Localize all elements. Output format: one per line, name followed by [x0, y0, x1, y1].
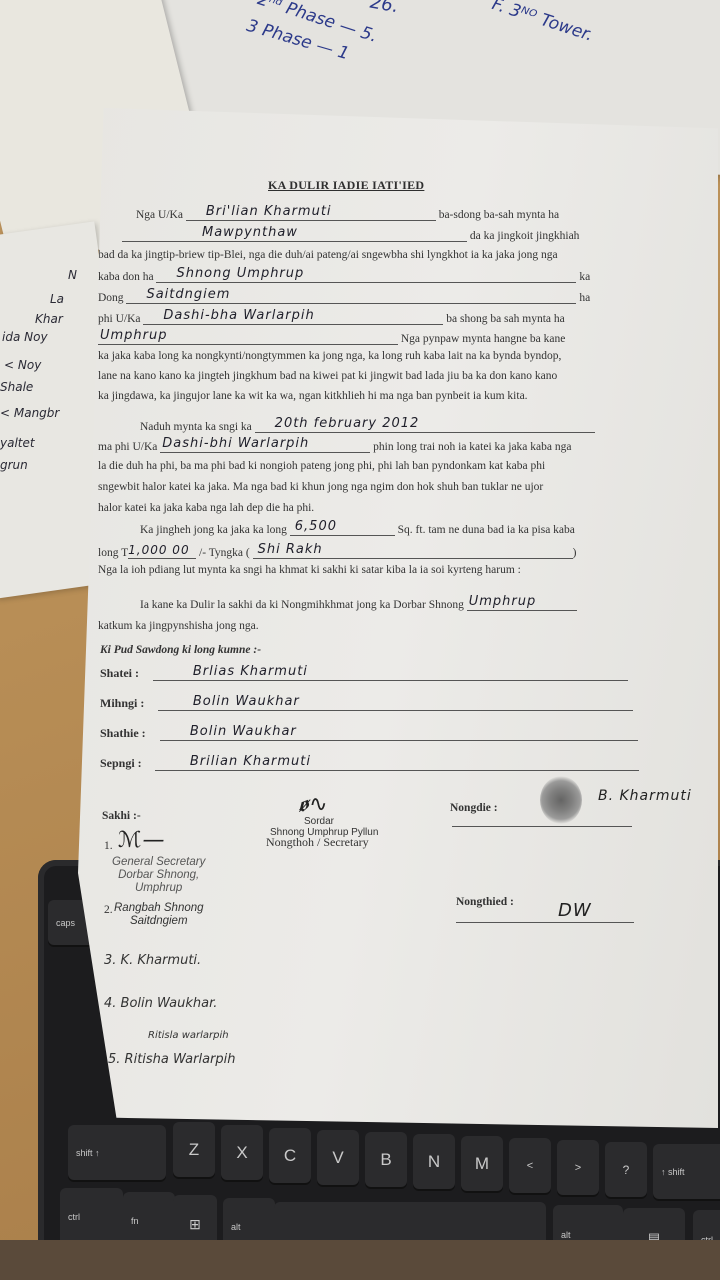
date-prefix: Naduh mynta ka sngi ka [140, 421, 252, 433]
key-label: shift ↑ [76, 1148, 100, 1158]
thumbprint [540, 776, 582, 824]
key-label: ↑ shift [661, 1167, 685, 1177]
village-line: Mawpynthaw da ka jingkoit jingkhiah [122, 227, 579, 242]
amount-line: long T1,000 00 /- Tyngka ( Shi Rakh) [98, 544, 576, 559]
dong-suffix: ha [579, 292, 590, 304]
dong-label: Dong [98, 292, 124, 304]
floor [0, 1240, 720, 1280]
witness-5: 5. Ritisha Warlarpih [108, 1052, 236, 1067]
key-label: B [380, 1150, 391, 1170]
seller-sign-label: Nongdie : [450, 802, 498, 814]
clause-line: lane na kano kano ka jingteh jingkhum ba… [98, 370, 557, 382]
seller-sign-line [452, 826, 632, 827]
key-label: alt [561, 1230, 571, 1240]
witness-number: 5. [108, 1052, 120, 1067]
key-label: > [575, 1162, 581, 1174]
amount-value: 1,000 00 [128, 543, 189, 557]
seller-village: Mawpynthaw [202, 225, 298, 240]
dong-line: Dong Saitdngiem ha [98, 289, 590, 304]
boundary-value: Bolin Waukhar [190, 724, 297, 739]
buyer-sign-line [456, 922, 634, 923]
dong-value: Saitdngiem [146, 287, 230, 302]
key-v: V [317, 1130, 359, 1185]
new-owner-prefix: ma phi U/Ka [98, 441, 157, 453]
buyer-signature: DW [558, 900, 592, 921]
left-note: grun [0, 458, 28, 472]
shnong-field: Shnong Umphrup [156, 268, 576, 283]
key-label: < [527, 1160, 533, 1172]
boundary-label: Sepngi : [100, 756, 152, 771]
village-suffix: da ka jingkoit jingkhiah [470, 230, 580, 242]
buyer-prefix: phi U/Ka [98, 313, 140, 325]
sale-deed-document: KA DULIR IADIE IATI'IED Nga U/Ka Bri'lia… [78, 108, 718, 1128]
key-slash: ? [605, 1142, 647, 1197]
left-note: < Noy [4, 358, 41, 372]
clause-line: ka jingdawa, ka jingujor lane ka wit ka … [98, 390, 528, 402]
clause-line: la die duh ha phi, ba ma phi bad ki nong… [98, 460, 545, 472]
buyer-village-suffix: Nga pynpaw mynta hangne ba kane [401, 333, 565, 345]
witnesses-label: Sakhi :- [102, 810, 141, 822]
buyer-village: Umphrup [100, 328, 168, 343]
buyer-name: Dashi-bha Warlarpih [163, 308, 314, 323]
key-shift-left: shift ↑ [68, 1125, 166, 1180]
seller-name: Bri'lian Kharmuti [206, 204, 332, 219]
windows-icon: ⊞ [189, 1216, 201, 1233]
location-suffix: ka [579, 271, 590, 283]
left-note: < Mangbr [0, 406, 59, 420]
buyer-line: phi U/Ka Dashi-bha Warlarpih ba shong ba… [98, 310, 565, 325]
boundary-row-north: Shatei : Brlias Kharmuti [100, 666, 628, 681]
witness-3-name: K. Kharmuti. [121, 953, 202, 968]
boundary-field: Bolin Waukhar [158, 696, 633, 711]
witness-1-stamp: General Secretary Dorbar Shnong, Umphrup [112, 856, 205, 895]
witness-number: 3. [104, 953, 116, 968]
location-prefix: kaba don ha [98, 271, 154, 283]
new-owner-name: Dashi-bhi Warlarpih [162, 436, 309, 451]
seller-line: Nga U/Ka Bri'lian Kharmuti ba-sdong ba-s… [136, 206, 559, 221]
key-ctrl-left: ctrl [60, 1188, 123, 1246]
key-label: alt [231, 1222, 241, 1232]
left-note: Shale [0, 380, 33, 394]
new-owner-line: ma phi U/Ka Dashi-bhi Warlarpih phin lon… [98, 438, 571, 453]
amount-words-field: Shi Rakh [253, 544, 573, 559]
buyer-village-line: Umphrup Nga pynpaw mynta hangne ba kane [98, 330, 565, 345]
buyer-village-field: Umphrup [98, 330, 398, 345]
sordar-signature: ꬾ∿ [298, 788, 329, 818]
witness-2-stamp: Rangbah Shnong Saitdngiem [114, 902, 204, 928]
boundary-value: Brlias Kharmuti [193, 664, 308, 679]
amount-field: 1,000 00 [128, 544, 196, 559]
amount-mid: /- Tyngka ( [199, 547, 250, 559]
amount-prefix: long T [98, 547, 128, 559]
area-field: 6,500 [290, 521, 395, 536]
boundaries-heading: Ki Pud Sawdong ki long kumne :- [100, 644, 261, 656]
date-field: 20th february 2012 [255, 418, 595, 433]
area-value: 6,500 [295, 519, 337, 534]
boundary-row-east: Mihngi : Bolin Waukhar [100, 696, 633, 711]
key-c: C [269, 1128, 311, 1183]
clause-line: Nga la ioh pdiang lut mynta ka sngi ha k… [98, 564, 521, 576]
boundary-field: Brilian Kharmuti [155, 756, 639, 771]
key-comma: < [509, 1138, 551, 1193]
boundary-field: Bolin Waukhar [160, 726, 638, 741]
seller-name-field: Bri'lian Kharmuti [186, 206, 436, 221]
document-title: KA DULIR IADIE IATI'IED [268, 178, 424, 193]
key-period: > [557, 1140, 599, 1195]
seller-signature: B. Kharmuti [598, 788, 692, 804]
amount-suffix: ) [573, 547, 577, 559]
buyer-residence-text: ba shong ba sah mynta ha [446, 313, 565, 325]
key-label: X [236, 1143, 247, 1163]
area-prefix: Ka jingheh jong ka jaka ka long [140, 524, 287, 536]
area-suffix: Sq. ft. tam ne duna bad ia ka pisa kaba [398, 524, 575, 536]
key-label: N [428, 1152, 440, 1172]
witness-number: 2. [104, 904, 113, 916]
area-line: Ka jingheh jong ka jaka ka long 6,500 Sq… [140, 521, 575, 536]
dong-field: Saitdngiem [126, 289, 576, 304]
key-z: Z [173, 1122, 215, 1177]
witness-5-name: Ritisha Warlarpih [125, 1052, 236, 1067]
boundary-row-south: Shathie : Bolin Waukhar [100, 726, 638, 741]
witness-5-signature: Ritisla warlarpih [148, 1030, 229, 1041]
declaration-line: bad da ka jingtip-briew tip-Blei, nga di… [98, 249, 558, 261]
shnong-value: Shnong Umphrup [176, 266, 304, 281]
new-owner-suffix: phin long trai noh ia katei ka jaka kaba… [373, 441, 571, 453]
dorbar-shnong-value: Umphrup [469, 594, 537, 609]
key-label: ctrl [68, 1212, 80, 1222]
village-field: Mawpynthaw [122, 227, 467, 242]
buyer-sign-label: Nongthied : [456, 896, 514, 908]
witness-number: 4. [104, 996, 116, 1011]
clause-line: ka jaka kaba long ka nongkynti/nongtymme… [98, 350, 561, 362]
left-note: N [68, 268, 77, 282]
location-line: kaba don ha Shnong Umphrup ka [98, 268, 590, 283]
key-label: M [475, 1154, 489, 1174]
key-label: fn [131, 1216, 139, 1226]
key-b: B [365, 1132, 407, 1187]
key-n: N [413, 1134, 455, 1189]
seller-residence-text: ba-sdong ba-sah mynta ha [439, 209, 559, 221]
clause-line: sngewbit halor katei ka jaka. Ma nga bad… [98, 481, 543, 493]
date-line: Naduh mynta ka sngi ka 20th february 201… [140, 418, 595, 433]
left-note: La [50, 292, 64, 306]
key-label: V [332, 1148, 343, 1168]
boundary-row-west: Sepngi : Brilian Kharmuti [100, 756, 639, 771]
dorbar-shnong-field: Umphrup [467, 596, 577, 611]
key-label: Z [189, 1140, 199, 1160]
key-label: C [284, 1146, 296, 1166]
boundary-value: Brilian Kharmuti [190, 754, 311, 769]
buyer-field: Dashi-bha Warlarpih [143, 310, 443, 325]
clause-line: halor katei ka jaka kaba nga lah dep die… [98, 502, 314, 514]
left-note: Khar [35, 312, 63, 326]
witness-number: 1. [104, 840, 113, 852]
key-label: caps [56, 918, 75, 928]
key-m: M [461, 1136, 503, 1191]
witness-4: 4. Bolin Waukhar. [104, 996, 217, 1011]
boundary-field: Brlias Kharmuti [153, 666, 628, 681]
witness-4-name: Bolin Waukhar. [121, 996, 218, 1011]
key-x: X [221, 1125, 263, 1180]
witness-line: Ia kane ka Dulir la sakhi da ki Nongmihk… [140, 596, 577, 611]
secretary-label: Nongthoh / Secretary [266, 835, 369, 850]
boundary-label: Mihngi : [100, 696, 155, 711]
witness-3: 3. K. Kharmuti. [104, 953, 201, 968]
boundary-label: Shathie : [100, 726, 157, 741]
left-note: ida Noy [2, 330, 48, 344]
new-owner-field: Dashi-bhi Warlarpih [160, 438, 370, 453]
left-note: yaltet [0, 436, 35, 450]
clause-line: katkum ka jingpynshisha jong nga. [98, 620, 259, 632]
seller-prefix: Nga U/Ka [136, 209, 183, 221]
boundary-label: Shatei : [100, 666, 150, 681]
key-label: ? [623, 1163, 630, 1177]
witness-1-signature: ℳ— [118, 828, 166, 853]
amount-words: Shi Rakh [258, 542, 323, 557]
boundary-value: Bolin Waukhar [193, 694, 300, 709]
date-value: 20th february 2012 [275, 416, 420, 431]
key-shift-right: ↑ shift [653, 1144, 720, 1199]
witness-prefix: Ia kane ka Dulir la sakhi da ki Nongmihk… [140, 599, 464, 611]
